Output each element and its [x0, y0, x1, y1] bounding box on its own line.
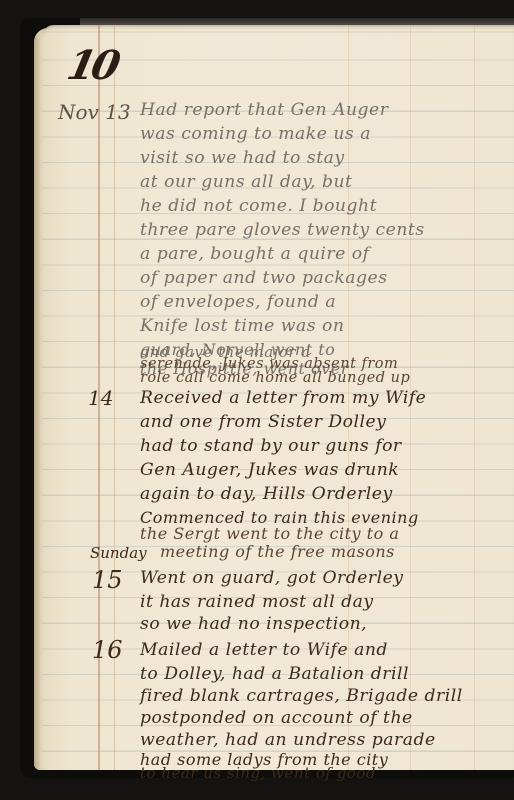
entry-line: Gen Auger, Jukes was drunk [140, 458, 512, 482]
entry-date-14: 14 [88, 386, 113, 410]
entry-line: fired blank cartrages, Brigade drill [140, 684, 512, 708]
entry-line: Went on guard, got Orderley [140, 566, 512, 590]
entry-line: was coming to make us a [140, 122, 512, 146]
entry-line: had to stand by our guns for [140, 434, 512, 458]
entry-date-nov-13: Nov 13 [58, 100, 131, 124]
entry-line: visit so we had to stay [140, 146, 512, 170]
entry-line: so we had no inspection, [140, 612, 512, 636]
entry-line: meeting of the free masons [160, 540, 514, 564]
entry-line: postponded on account of the [140, 706, 512, 730]
page-number: 10 [63, 42, 121, 89]
entry-date-15: 15 [92, 566, 123, 594]
entry-date-16: 16 [92, 636, 123, 664]
entry-line: Mailed a letter to Wife and [140, 638, 512, 662]
entry-line: at our guns all day, but [140, 170, 512, 194]
entry-line: and one from Sister Dolley [140, 410, 512, 434]
day-label-sunday: Sunday [90, 544, 147, 562]
entry-line: of paper and two packages [140, 266, 512, 290]
entry-line: he did not come. I bought [140, 194, 512, 218]
entry-line: three pare gloves twenty cents [140, 218, 512, 242]
entry-line: of envelopes, found a [140, 290, 512, 314]
entry-line: role call come home all bunged up [140, 366, 512, 390]
entry-line: to Dolley, had a Batalion drill [140, 662, 512, 686]
entry-line: to hear us sing, went of good [140, 766, 512, 780]
entry-line: again to day, Hills Orderley [140, 482, 512, 506]
entry-line: a pare, bought a quire of [140, 242, 512, 266]
entry-line: it has rained most all day [140, 590, 512, 614]
entry-line: Had report that Gen Auger [140, 98, 512, 122]
entry-line: Knife lost time was on [140, 314, 512, 338]
